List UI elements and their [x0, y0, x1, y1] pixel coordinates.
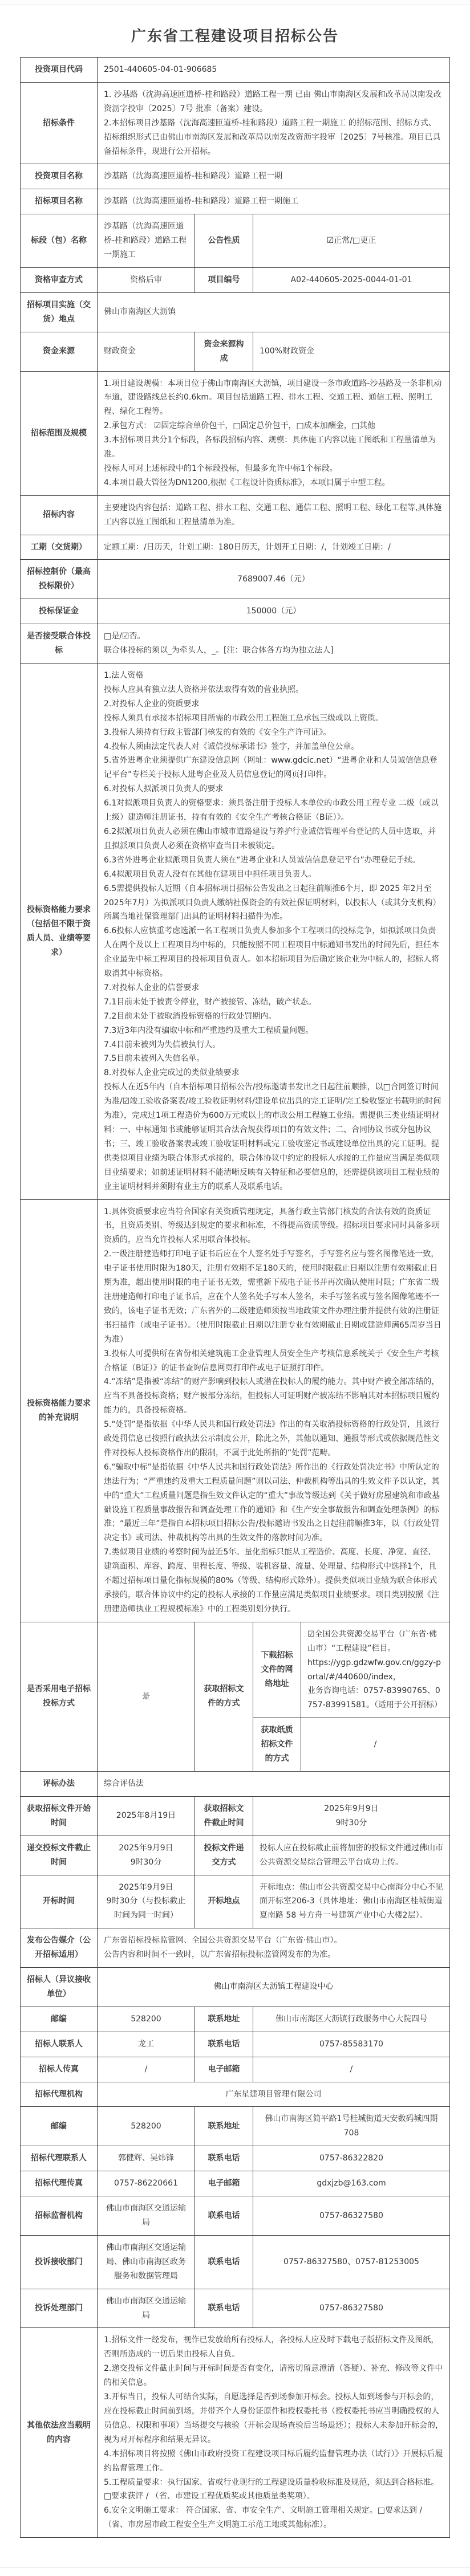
acquisition-start-value: 2025年8月19日 — [97, 1796, 195, 1836]
complaint-receiving-phone-label: 联系电话 — [195, 2235, 253, 2289]
row-other-required-content: 其他依法应当载明的内容 1.招标文件一经发布，视作已发放给所有投标人，各投标人应… — [20, 2328, 449, 2538]
other-required-content-label: 其他依法应当载明的内容 — [20, 2328, 97, 2538]
page-top-divider — [0, 5, 470, 5]
tender-content-label: 招标内容 — [20, 495, 97, 535]
document-page: 广东省工程建设项目招标公告 投资项目代码 2501-440605-04-01-9… — [0, 5, 470, 2576]
complaint-receiving-phone-value: 0757-86327580、0757-81253005 — [253, 2235, 449, 2289]
submission-deadline-value: 2025年9月9日 9时30分 — [97, 1836, 195, 1875]
acquisition-deadline-label: 获取招标文件截止时间 — [195, 1796, 253, 1836]
row-tenderer-fax: 招标人传真 / 电子邮箱 / — [20, 2057, 449, 2082]
tender-scope-value: 1.项目建设规模：本项目位于佛山市南海区大沥镇，项目建设一条市政道路-沙基路及一… — [97, 371, 449, 495]
tender-scope-label: 招标范围及规模 — [20, 371, 97, 495]
supervision-authority-label: 招标监督机构 — [20, 2196, 97, 2236]
row-complaint-receiving-department: 投诉接收部门 佛山市南海区交通运输局、佛山市南海区政务服务和数据管理局 联系电话… — [20, 2235, 449, 2289]
download-address-label: 下载招标文件的网络地址 — [253, 1622, 301, 1718]
construction-period-value: 定额工期：/日历天，计划工期：180日历天，计划开工日期：/，计划竣工日期：/ — [97, 535, 449, 560]
row-price-ceiling: 招标控制价（最高投标限价） 7689007.46（元） — [20, 560, 449, 599]
bid-conditions-label: 招标条件 — [20, 82, 97, 164]
tenderer-postcode-label: 邮编 — [20, 2007, 97, 2032]
fund-source-value: 财政资金 — [97, 332, 195, 371]
supervision-authority-value: 佛山市南海区交通运输局 — [97, 2196, 195, 2236]
announcement-media-value: 广东省招标投标监管网、全国公共资源交易平台（广东省·佛山市）。 公告内容和时间不… — [97, 1928, 449, 1968]
row-construction-period: 工期（交货期） 定额工期：/日历天，计划工期：180日历天，计划开工日期：/，计… — [20, 535, 449, 560]
row-implementation-location: 招标项目实施（交货）地点 佛山市南海区大沥镇 — [20, 292, 449, 332]
bidder-qualification-value: 1.法人资格 投标人应具有独立法人资格并依法取得有效的营业执照。 2.对投标人企… — [97, 664, 449, 1200]
electronic-bidding-value: 是 — [97, 1622, 195, 1771]
agency-email-label: 电子邮箱 — [195, 2171, 253, 2196]
document-acquisition-method-label: 获取招标文件的方式 — [195, 1622, 253, 1771]
tender-content-value: 主要建设内容包括：道路工程、排水工程、交通工程、通信工程、照明工程、绿化工程等,… — [97, 495, 449, 535]
bidder-qualification-label: 投标资格能力要求（包括但不限于资质人员、业绩等要求） — [20, 664, 97, 1200]
implementation-location-label: 招标项目实施（交货）地点 — [20, 292, 97, 332]
agency-email-value: gdxjzb@163.com — [253, 2171, 449, 2196]
row-document-acquisition-time: 获取招标文件开始时间 2025年8月19日 获取招标文件截止时间 2025年9月… — [20, 1796, 449, 1836]
tenderer-postcode-value: 528200 — [97, 2007, 195, 2032]
complaint-receiving-label: 投诉接收部门 — [20, 2235, 97, 2289]
acquisition-deadline-value: 2025年9月9日 9时30分 — [253, 1796, 449, 1836]
announcement-media-label: 发布公告媒介（公开招标适用） — [20, 1928, 97, 1968]
bid-opening-time-value: 2025年9月9日 9时30分（与投标截止时间为同一时间） — [97, 1875, 195, 1928]
row-tender-project-name: 招标项目名称 沙基路（沈海高速匝道桥-桂和路段）道路工程一期施工 — [20, 189, 449, 214]
evaluation-method-label: 评标办法 — [20, 1771, 97, 1796]
tenderer-address-label: 联系地址 — [195, 2007, 253, 2032]
paper-document-method-label: 获取纸质招标文件的方式 — [253, 1718, 301, 1772]
announcement-table: 投资项目代码 2501-440605-04-01-906685 招标条件 1. … — [20, 57, 450, 2538]
tenderer-contact-label: 招标人联系人 — [20, 2032, 97, 2057]
row-consortium-bidding: 是否接受联合体投标 □是/☑否。 联合体投标的须以_为牵头人，_。[注：联合体各… — [20, 624, 449, 664]
notice-nature-value: ☑正常/□更正 — [253, 214, 449, 268]
tenderer-contact-value: 龙工 — [97, 2032, 195, 2057]
tender-project-name-value: 沙基路（沈海高速匝道桥-桂和路段）道路工程一期施工 — [97, 189, 449, 214]
evaluation-method-value: 综合评估法 — [97, 1771, 449, 1796]
notice-nature-label: 公告性质 — [195, 214, 253, 268]
complaint-handling-phone-label: 联系电话 — [195, 2289, 253, 2328]
qualification-review-value: 资格后审 — [97, 267, 195, 292]
agency-fax-value: 0757-86220661 — [97, 2171, 195, 2196]
tenderer-address-value: 佛山市南海区大沥镇行政服务中心大院四号 — [253, 2007, 449, 2032]
agency-phone-label: 联系电话 — [195, 2146, 253, 2171]
tenderer-fax-label: 招标人传真 — [20, 2057, 97, 2082]
complaint-handling-label: 投诉处理部门 — [20, 2289, 97, 2328]
row-announcement-media: 发布公告媒介（公开招标适用） 广东省招标投标监管网、全国公共资源交易平台（广东省… — [20, 1928, 449, 1968]
row-tenderer: 招标人（异议接收单位） 佛山市南海区大沥镇工程建设中心 — [20, 1968, 449, 2007]
row-complaint-handling-department: 投诉处理部门 佛山市南海区交通运输局 联系电话 0757-86327580 — [20, 2289, 449, 2328]
submission-method-label: 投标文件递交方式 — [195, 1836, 253, 1875]
tenderer-value: 佛山市南海区大沥镇工程建设中心 — [97, 1968, 449, 2007]
electronic-bidding-label: 是否采用电子招标投标方式 — [20, 1622, 97, 1771]
agency-address-label: 联系地址 — [195, 2107, 253, 2146]
row-tender-content: 招标内容 主要建设内容包括：道路工程、排水工程、交通工程、通信工程、照明工程、绿… — [20, 495, 449, 535]
other-required-content-value: 1.招标文件一经发布，视作已发放给所有投标人，各投标人应及时下载电子版招标文件及… — [97, 2328, 449, 2538]
tenderer-fax-value: / — [97, 2057, 195, 2082]
agency-value: 广东星建项目管理有限公司 — [97, 2082, 449, 2107]
submission-deadline-label: 递交投标文件截止时间 — [20, 1836, 97, 1875]
investment-project-name-value: 沙基路（沈海高速匝道桥-桂和路段）道路工程一期 — [97, 164, 449, 189]
download-address-value: ☑全国公共资源交易平台（广东省·佛山市）“工程建设”栏目。 https://yg… — [301, 1622, 449, 1718]
row-bid-submission: 递交投标文件截止时间 2025年9月9日 9时30分 投标文件递交方式 投标人应… — [20, 1836, 449, 1875]
row-tenderer-contact: 招标人联系人 龙工 联系电话 0757-85583170 — [20, 2032, 449, 2057]
bid-conditions-value: 1. 沙基路（沈海高速匝道桥-桂和路段）道路工程一期 已由 佛山市南海区发展和改… — [97, 82, 449, 164]
qualification-supplementary-label: 投标资格能力要求的补充说明 — [20, 1199, 97, 1622]
row-tender-scope: 招标范围及规模 1.项目建设规模：本项目位于佛山市南海区大沥镇，项目建设一条市政… — [20, 371, 449, 495]
bid-opening-place-label: 开标地点 — [195, 1875, 253, 1928]
consortium-bidding-label: 是否接受联合体投标 — [20, 624, 97, 664]
fund-source-label: 资金来源 — [20, 332, 97, 371]
row-agency-contact: 招标代理联系人 郭健辉、吴炜锋 联系电话 0757-86322820 — [20, 2146, 449, 2171]
consortium-bidding-value: □是/☑否。 联合体投标的须以_为牵头人，_。[注：联合体各方均为独立法人] — [97, 624, 449, 664]
agency-fax-label: 招标代理传真 — [20, 2171, 97, 2196]
tenderer-label: 招标人（异议接收单位） — [20, 1968, 97, 2007]
agency-label: 招标代理机构 — [20, 2082, 97, 2107]
row-evaluation-method: 评标办法 综合评估法 — [20, 1771, 449, 1796]
agency-postcode-value: 528200 — [97, 2107, 195, 2146]
row-qualification-supplementary-notes: 投标资格能力要求的补充说明 1.具体资质要求应当符合国家有关资质管理规定，具备行… — [20, 1199, 449, 1622]
tenderer-phone-label: 联系电话 — [195, 2032, 253, 2057]
agency-phone-value: 0757-86322820 — [253, 2146, 449, 2171]
section-name-value: 沙基路（沈海高速匝道桥-桂和路段）道路工程一期施工 — [97, 214, 195, 268]
complaint-handling-value: 佛山市南海区交通运输局 — [97, 2289, 195, 2328]
implementation-location-value: 佛山市南海区大沥镇 — [97, 292, 449, 332]
row-investment-project-name: 投资项目名称 沙基路（沈海高速匝道桥-桂和路段）道路工程一期 — [20, 164, 449, 189]
bid-bond-label: 投标保证金 — [20, 599, 97, 624]
tenderer-email-label: 电子邮箱 — [195, 2057, 253, 2082]
complaint-receiving-value: 佛山市南海区交通运输局、佛山市南海区政务服务和数据管理局 — [97, 2235, 195, 2289]
agency-contact-label: 招标代理联系人 — [20, 2146, 97, 2171]
price-ceiling-label: 招标控制价（最高投标限价） — [20, 560, 97, 599]
project-number-label: 项目编号 — [195, 267, 253, 292]
investment-project-name-label: 投资项目名称 — [20, 164, 97, 189]
acquisition-start-label: 获取招标文件开始时间 — [20, 1796, 97, 1836]
tenderer-email-value: / — [253, 2057, 449, 2082]
price-ceiling-value: 7689007.46（元） — [97, 560, 449, 599]
qualification-supplementary-value: 1.具体资质要求应当符合国家有关资质管理规定，具备行政主管部门核发的合法有效的资… — [97, 1199, 449, 1622]
row-agency-postcode: 邮编 528200 联系地址 佛山市南海区简平路1号桂城街道天安数码城四期708 — [20, 2107, 449, 2146]
complaint-handling-phone-value: 0757-86327580 — [253, 2289, 449, 2328]
qualification-review-label: 资格审查方式 — [20, 267, 97, 292]
agency-contact-value: 郭健辉、吴炜锋 — [97, 2146, 195, 2171]
row-agency: 招标代理机构 广东星建项目管理有限公司 — [20, 2082, 449, 2107]
page-title: 广东省工程建设项目招标公告 — [0, 25, 470, 46]
row-section-name: 标段（包）名称 沙基路（沈海高速匝道桥-桂和路段）道路工程一期施工 公告性质 ☑… — [20, 214, 449, 268]
bid-opening-time-label: 开标时间 — [20, 1875, 97, 1928]
supervision-phone-label: 联系电话 — [195, 2196, 253, 2236]
row-bid-conditions: 招标条件 1. 沙基路（沈海高速匝道桥-桂和路段）道路工程一期 已由 佛山市南海… — [20, 82, 449, 164]
fund-composition-label: 资金来源构成 — [195, 332, 253, 371]
tenderer-phone-value: 0757-85583170 — [253, 2032, 449, 2057]
row-fund-source: 资金来源 财政资金 资金来源构成 100%财政资金 — [20, 332, 449, 371]
agency-address-value: 佛山市南海区简平路1号桂城街道天安数码城四期708 — [253, 2107, 449, 2146]
tender-project-name-label: 招标项目名称 — [20, 189, 97, 214]
submission-method-value: 投标人应在投标截止前将加密的投标文件通过佛山市公共资源交易综合管理云平台成功上传… — [253, 1836, 449, 1875]
row-bidder-qualification-requirements: 投标资格能力要求（包括但不限于资质人员、业绩等要求） 1.法人资格 投标人应具有… — [20, 664, 449, 1200]
row-bid-bond: 投标保证金 150000（元） — [20, 599, 449, 624]
construction-period-label: 工期（交货期） — [20, 535, 97, 560]
row-tenderer-postcode: 邮编 528200 联系地址 佛山市南海区大沥镇行政服务中心大院四号 — [20, 2007, 449, 2032]
supervision-phone-value: 0757-86327580 — [253, 2196, 449, 2236]
paper-document-method-value: / — [301, 1718, 449, 1772]
investment-project-code-label: 投资项目代码 — [20, 58, 97, 83]
row-supervision-authority: 招标监督机构 佛山市南海区交通运输局 联系电话 0757-86327580 — [20, 2196, 449, 2236]
row-agency-fax: 招标代理传真 0757-86220661 电子邮箱 gdxjzb@163.com — [20, 2171, 449, 2196]
row-qualification-review: 资格审查方式 资格后审 项目编号 A02-440605-2025-0044-01… — [20, 267, 449, 292]
row-electronic-bidding: 是否采用电子招标投标方式 是 获取招标文件的方式 下载招标文件的网络地址 ☑全国… — [20, 1622, 449, 1718]
bid-bond-value: 150000（元） — [97, 599, 449, 624]
investment-project-code-value: 2501-440605-04-01-906685 — [97, 58, 449, 83]
agency-postcode-label: 邮编 — [20, 2107, 97, 2146]
project-number-value: A02-440605-2025-0044-01-01 — [253, 267, 449, 292]
row-bid-opening: 开标时间 2025年9月9日 9时30分（与投标截止时间为同一时间） 开标地点 … — [20, 1875, 449, 1928]
row-investment-project-code: 投资项目代码 2501-440605-04-01-906685 — [20, 58, 449, 83]
bid-opening-place-value: 开标地点：佛山市公共资源交易中心南海分中心不见面开标室206-3（具体地址：佛山… — [253, 1875, 449, 1928]
fund-composition-value: 100%财政资金 — [253, 332, 449, 371]
section-name-label: 标段（包）名称 — [20, 214, 97, 268]
